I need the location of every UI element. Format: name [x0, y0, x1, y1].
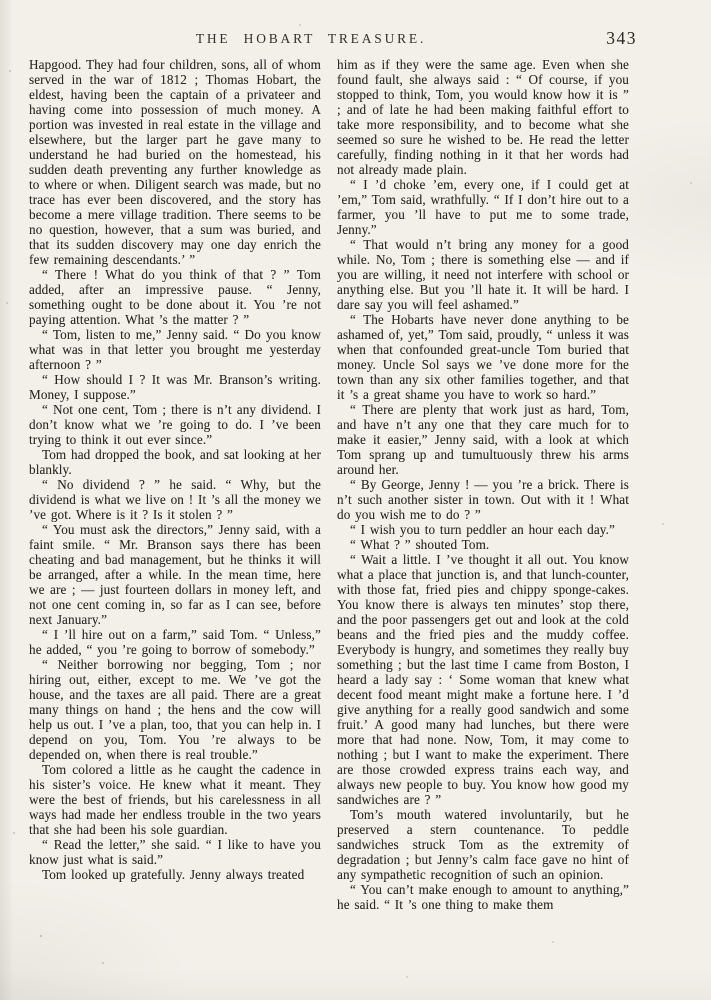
page-title: THE HOBART TREASURE. [11, 31, 611, 47]
paragraph: “ Wait a little. I ’ve thought it all ou… [337, 552, 629, 807]
paragraph: “ That would n’t bring any money for a g… [337, 237, 629, 312]
paragraph: “ By George, Jenny ! — you ’re a brick. … [337, 477, 629, 522]
paragraph: Tom had dropped the book, and sat lookin… [29, 447, 321, 477]
paragraph: “ Tom, listen to me,” Jenny said. “ Do y… [29, 327, 321, 372]
paragraph: Hapgood. They had four children, sons, a… [29, 57, 321, 267]
text-block: Hapgood. They had four children, sons, a… [29, 57, 629, 912]
text-column-right: him as if they were the same age. Even w… [337, 57, 629, 912]
paragraph: “ Neither borrowing nor begging, Tom ; n… [29, 657, 321, 762]
paragraph: Tom looked up gratefully. Jenny always t… [29, 867, 321, 882]
text-column-left: Hapgood. They had four children, sons, a… [29, 57, 321, 912]
paragraph: “ There are plenty that work just as har… [337, 402, 629, 477]
paragraph: “ I ’ll hire out on a farm,” said Tom. “… [29, 627, 321, 657]
paragraph: “ Not one cent, Tom ; there is n’t any d… [29, 402, 321, 447]
paragraph: Tom’s mouth watered involuntarily, but h… [337, 807, 629, 882]
paper-speckle [0, 0, 2, 2]
page-header: THE HOBART TREASURE. 343 [29, 31, 629, 53]
page-number: 343 [606, 28, 637, 49]
paragraph: “ I wish you to turn peddler an hour eac… [337, 522, 629, 537]
paragraph: Tom colored a little as he caught the ca… [29, 762, 321, 837]
paragraph: “ You can’t make enough to amount to any… [337, 882, 629, 912]
paragraph: “ What ? ” shouted Tom. [337, 537, 629, 552]
paragraph: “ How should I ? It was Mr. Branson’s wr… [29, 372, 321, 402]
book-page: THE HOBART TREASURE. 343 Hapgood. They h… [0, 0, 711, 1000]
paragraph: “ Read the letter,” she said. “ I like t… [29, 837, 321, 867]
paragraph: “ I ’d choke ’em, every one, if I could … [337, 177, 629, 237]
paragraph: him as if they were the same age. Even w… [337, 57, 629, 177]
paragraph: “ No dividend ? ” he said. “ Why, but th… [29, 477, 321, 522]
paragraph: “ There ! What do you think of that ? ” … [29, 267, 321, 327]
paragraph: “ The Hobarts have never done anything t… [337, 312, 629, 402]
paragraph: “ You must ask the directors,” Jenny sai… [29, 522, 321, 627]
